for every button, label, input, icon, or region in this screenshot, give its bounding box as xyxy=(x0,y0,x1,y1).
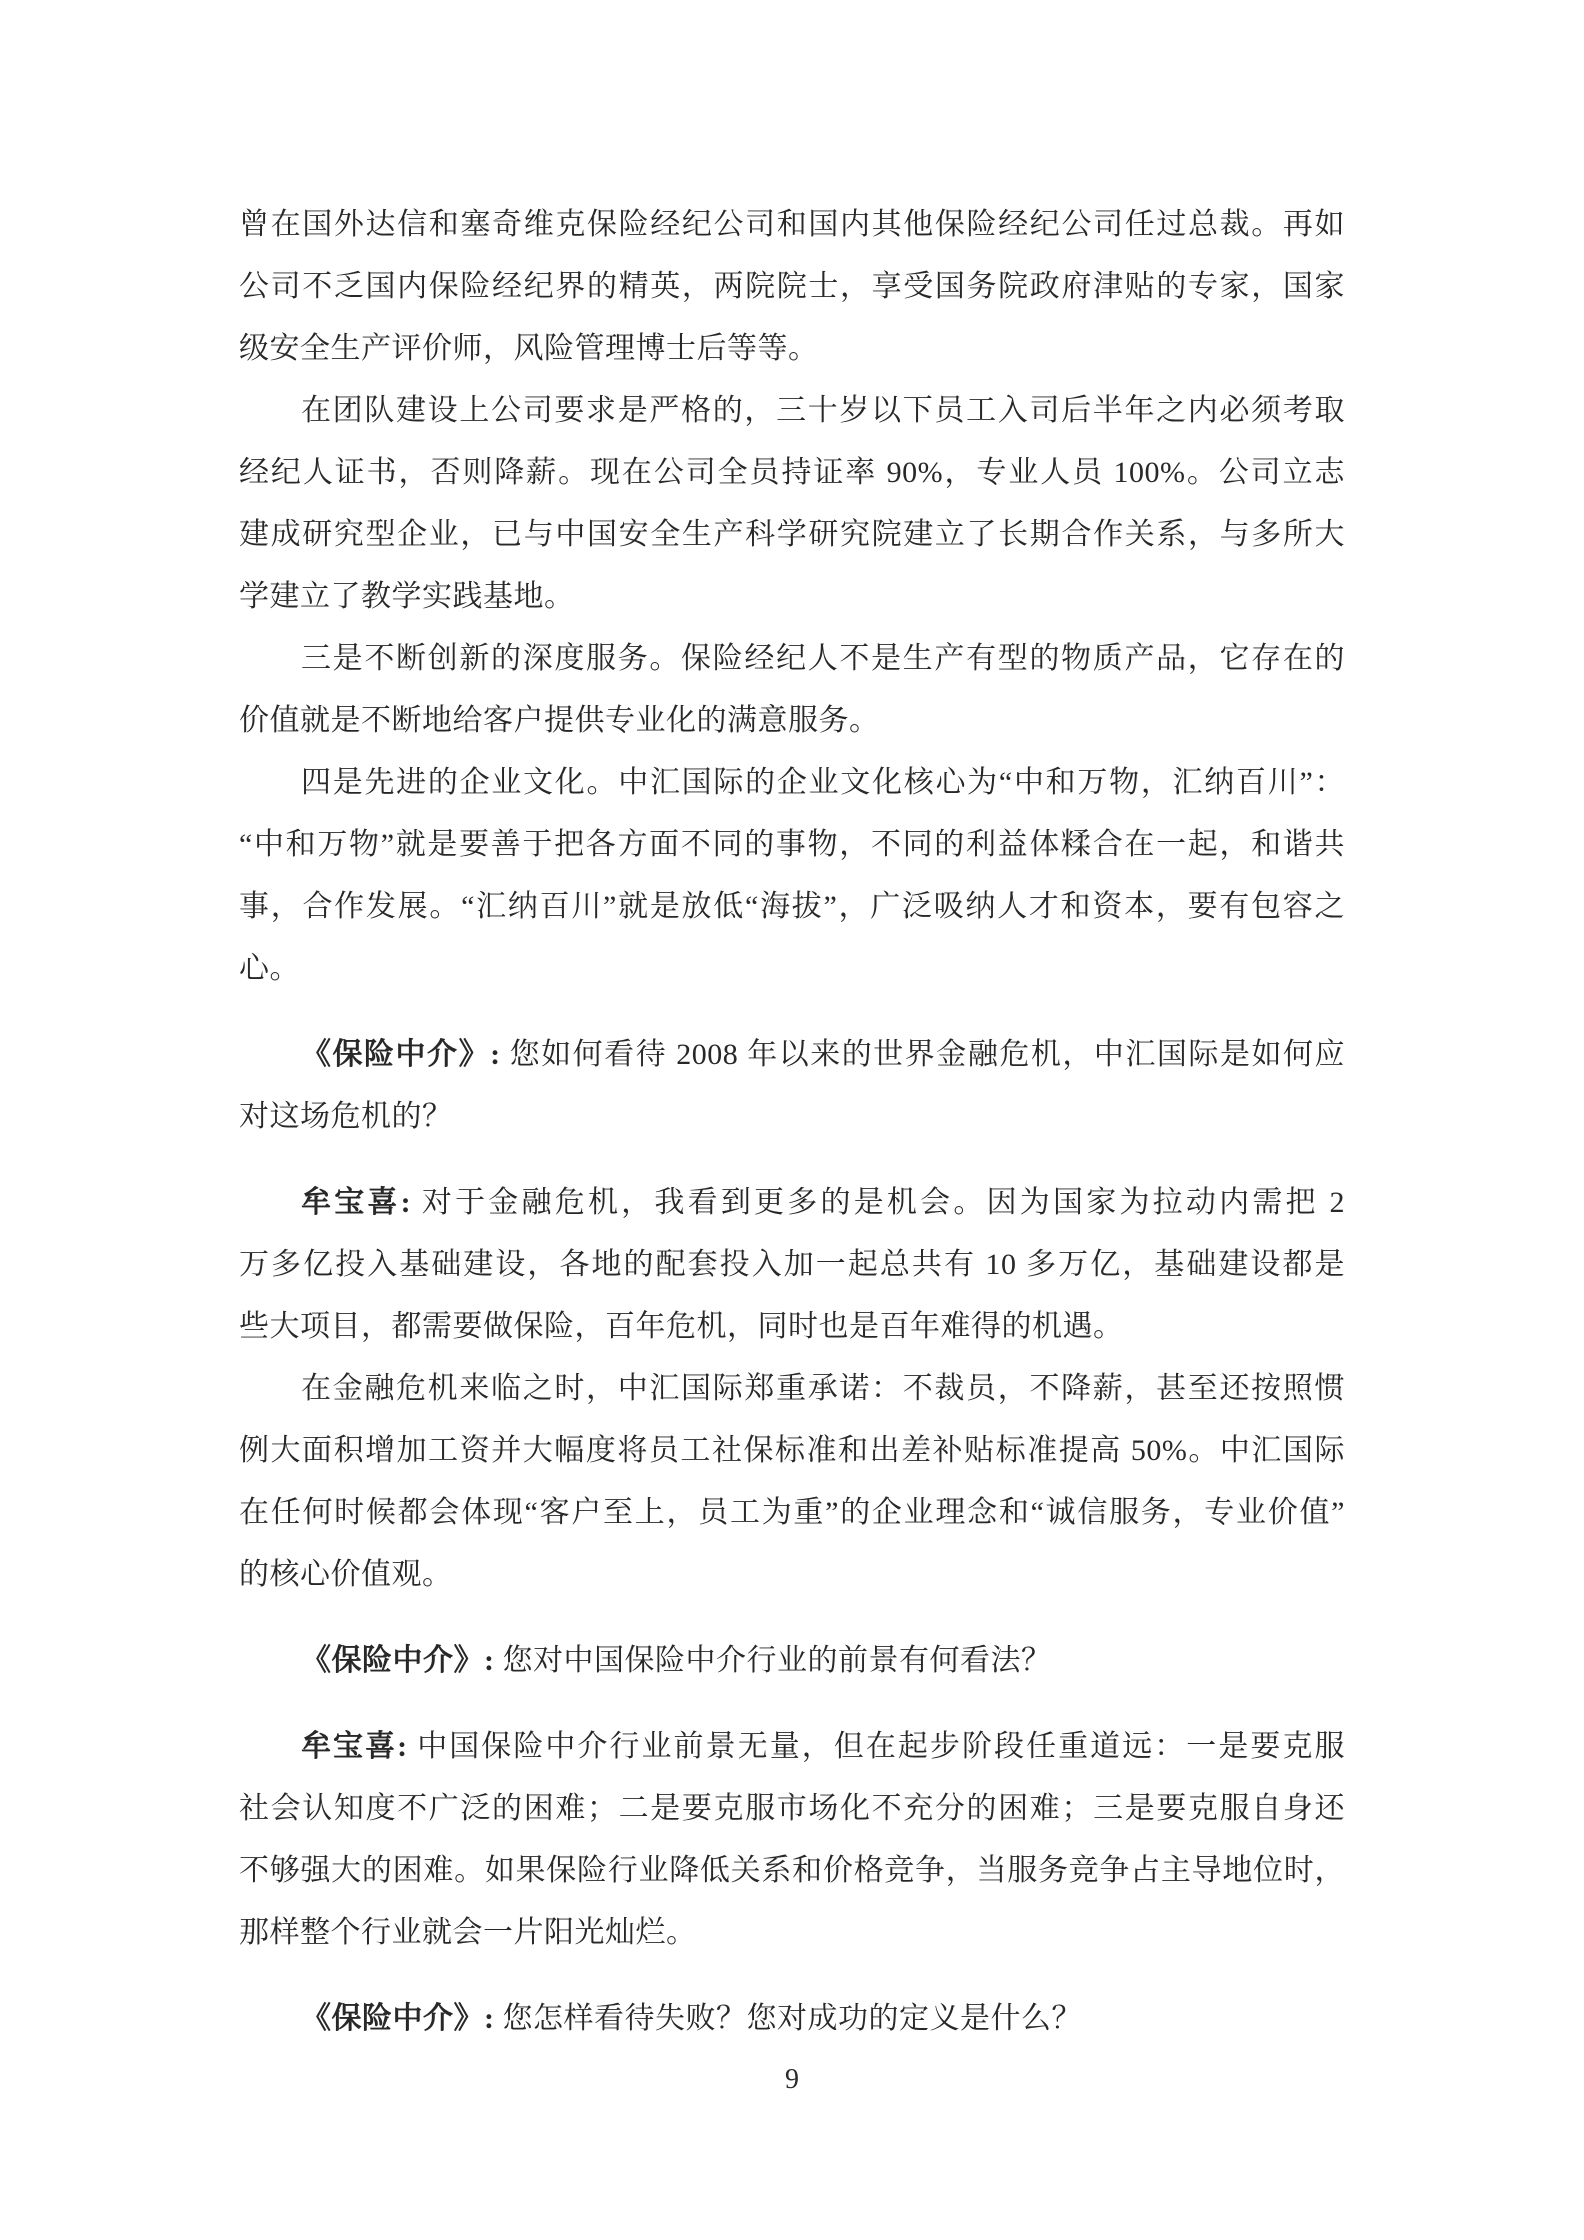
text-line: 些大项目，都需要做保险，百年危机，同时也是百年难得的机遇。 xyxy=(239,1296,1345,1358)
text-line: 曾在国外达信和塞奇维克保险经纪公司和国内其他保险经纪公司任过总裁。再如 xyxy=(239,194,1345,256)
text-run: 中国保险中介行业前景无量，但在起步阶段任重道远：一是要克服 xyxy=(408,1730,1345,1763)
text-run: 在金融危机来临之时，中汇国际郑重承诺：不裁员，不降薪，甚至还按照惯 xyxy=(301,1372,1345,1405)
text-run: 公司不乏国内保险经纪界的精英，两院院士，享受国务院政府津贴的专家，国家 xyxy=(239,270,1345,303)
speaker-label: 牟宝喜: xyxy=(301,1186,411,1219)
para-career-background: 曾在国外达信和塞奇维克保险经纪公司和国内其他保险经纪公司任过总裁。再如公司不乏国… xyxy=(239,194,1345,380)
speaker-label: 牟宝喜: xyxy=(301,1730,408,1763)
text-line: “中和万物”就是要善于把各方面不同的事物，不同的利益体糅合在一起，和谐共 xyxy=(239,814,1345,876)
text-run: 价值就是不断地给客户提供专业化的满意服务。 xyxy=(239,704,880,737)
text-run: 四是先进的企业文化。中汇国际的企业文化核心为“中和万物，汇纳百川”： xyxy=(301,766,1345,799)
text-line: 不够强大的困难。如果保险行业降低关系和价格竞争，当服务竞争占主导地位时， xyxy=(239,1840,1345,1902)
text-run: 心。 xyxy=(239,952,300,985)
text-run: 万多亿投入基础建设，各地的配套投入加一起总共有 10 多万亿，基础建设都是 xyxy=(239,1248,1345,1281)
text-line: 在任何时候都会体现“客户至上，员工为重”的企业理念和“诚信服务，专业价值” xyxy=(239,1482,1345,1544)
text-run: 那样整个行业就会一片阳光灿烂。 xyxy=(239,1916,697,1949)
text-line: 公司不乏国内保险经纪界的精英，两院院士，享受国务院政府津贴的专家，国家 xyxy=(239,256,1345,318)
text-line: 四是先进的企业文化。中汇国际的企业文化核心为“中和万物，汇纳百川”： xyxy=(239,752,1345,814)
para-team-building: 在团队建设上公司要求是严格的，三十岁以下员工入司后半年之内必须考取经纪人证书，否… xyxy=(239,380,1345,628)
text-run: 经纪人证书，否则降薪。现在公司全员持证率 90%，专业人员 100%。公司立志 xyxy=(239,456,1345,489)
text-run: 些大项目，都需要做保险，百年危机，同时也是百年难得的机遇。 xyxy=(239,1310,1124,1343)
text-run: 三是不断创新的深度服务。保险经纪人不是生产有型的物质产品，它存在的 xyxy=(301,642,1345,675)
text-line: 社会认知度不广泛的困难；二是要克服市场化不充分的困难；三是要克服自身还 xyxy=(239,1778,1345,1840)
para-answer-commitment: 在金融危机来临之时，中汇国际郑重承诺：不裁员，不降薪，甚至还按照惯例大面积增加工… xyxy=(239,1358,1345,1606)
text-line: 三是不断创新的深度服务。保险经纪人不是生产有型的物质产品，它存在的 xyxy=(239,628,1345,690)
text-run: 社会认知度不广泛的困难；二是要克服市场化不充分的困难；三是要克服自身还 xyxy=(239,1792,1345,1825)
text-line: 级安全生产评价师，风险管理博士后等等。 xyxy=(239,318,1345,380)
text-line: 事，合作发展。“汇纳百川”就是放低“海拔”，广泛吸纳人才和资本，要有包容之 xyxy=(239,876,1345,938)
text-run: 级安全生产评价师，风险管理博士后等等。 xyxy=(239,332,819,365)
text-run: 的核心价值观。 xyxy=(239,1558,453,1591)
text-run: 在团队建设上公司要求是严格的，三十岁以下员工入司后半年之内必须考取 xyxy=(301,394,1345,427)
text-line: 经纪人证书，否则降薪。现在公司全员持证率 90%，专业人员 100%。公司立志 xyxy=(239,442,1345,504)
para-question-financial-crisis: 《保险中介》: 您如何看待 2008 年以来的世界金融危机，中汇国际是如何应对这… xyxy=(239,1024,1345,1148)
speaker-label: 《保险中介》: xyxy=(301,2002,495,2035)
para-question-failure-success: 《保险中介》: 您怎样看待失败？您对成功的定义是什么？ xyxy=(239,1988,1345,2050)
para-answer-industry-outlook: 牟宝喜: 中国保险中介行业前景无量，但在起步阶段任重道远：一是要克服社会认知度不… xyxy=(239,1716,1345,1964)
text-line: 牟宝喜: 对于金融危机，我看到更多的是机会。因为国家为拉动内需把 2 xyxy=(239,1172,1345,1234)
text-run: 曾在国外达信和塞奇维克保险经纪公司和国内其他保险经纪公司任过总裁。再如 xyxy=(239,208,1345,241)
text-line: 对这场危机的？ xyxy=(239,1086,1345,1148)
text-run: 例大面积增加工资并大幅度将员工社保标准和出差补贴标准提高 50%。中汇国际 xyxy=(239,1434,1345,1467)
text-line: 万多亿投入基础建设，各地的配套投入加一起总共有 10 多万亿，基础建设都是 xyxy=(239,1234,1345,1296)
text-run: 不够强大的困难。如果保险行业降低关系和价格竞争，当服务竞争占主导地位时， xyxy=(239,1854,1345,1887)
text-line: 在金融危机来临之时，中汇国际郑重承诺：不裁员，不降薪，甚至还按照惯 xyxy=(239,1358,1345,1420)
para-question-industry-outlook: 《保险中介》: 您对中国保险中介行业的前景有何看法？ xyxy=(239,1630,1345,1692)
text-line: 价值就是不断地给客户提供专业化的满意服务。 xyxy=(239,690,1345,752)
text-run: 您怎样看待失败？您对成功的定义是什么？ xyxy=(495,2002,1083,2035)
text-run: 对于金融危机，我看到更多的是机会。因为国家为拉动内需把 2 xyxy=(411,1186,1345,1219)
text-line: 《保险中介》: 您怎样看待失败？您对成功的定义是什么？ xyxy=(239,1988,1345,2050)
text-line: 例大面积增加工资并大幅度将员工社保标准和出差补贴标准提高 50%。中汇国际 xyxy=(239,1420,1345,1482)
text-line: 建成研究型企业，已与中国安全生产科学研究院建立了长期合作关系，与多所大 xyxy=(239,504,1345,566)
text-run: 事，合作发展。“汇纳百川”就是放低“海拔”，广泛吸纳人才和资本，要有包容之 xyxy=(239,890,1345,923)
page-footer: 9 xyxy=(0,2062,1584,2098)
speaker-label: 《保险中介》: xyxy=(301,1038,501,1071)
text-line: 《保险中介》: 您对中国保险中介行业的前景有何看法？ xyxy=(239,1630,1345,1692)
text-run: 学建立了教学实践基地。 xyxy=(239,580,575,613)
document-sheet: 曾在国外达信和塞奇维克保险经纪公司和国内其他保险经纪公司任过总裁。再如公司不乏国… xyxy=(0,0,1584,2240)
text-line: 的核心价值观。 xyxy=(239,1544,1345,1606)
para-innovative-service: 三是不断创新的深度服务。保险经纪人不是生产有型的物质产品，它存在的价值就是不断地… xyxy=(239,628,1345,752)
text-line: 《保险中介》: 您如何看待 2008 年以来的世界金融危机，中汇国际是如何应 xyxy=(239,1024,1345,1086)
text-line: 心。 xyxy=(239,938,1345,1000)
text-line: 那样整个行业就会一片阳光灿烂。 xyxy=(239,1902,1345,1964)
page-number: 9 xyxy=(785,2064,799,2095)
para-answer-financial-crisis: 牟宝喜: 对于金融危机，我看到更多的是机会。因为国家为拉动内需把 2万多亿投入基… xyxy=(239,1172,1345,1358)
text-line: 牟宝喜: 中国保险中介行业前景无量，但在起步阶段任重道远：一是要克服 xyxy=(239,1716,1345,1778)
text-block: 曾在国外达信和塞奇维克保险经纪公司和国内其他保险经纪公司任过总裁。再如公司不乏国… xyxy=(239,194,1345,2050)
text-line: 在团队建设上公司要求是严格的，三十岁以下员工入司后半年之内必须考取 xyxy=(239,380,1345,442)
para-corporate-culture: 四是先进的企业文化。中汇国际的企业文化核心为“中和万物，汇纳百川”：“中和万物”… xyxy=(239,752,1345,1000)
text-run: 在任何时候都会体现“客户至上，员工为重”的企业理念和“诚信服务，专业价值” xyxy=(239,1496,1345,1529)
text-run: 您如何看待 2008 年以来的世界金融危机，中汇国际是如何应 xyxy=(501,1038,1345,1071)
text-run: 您对中国保险中介行业的前景有何看法？ xyxy=(495,1644,1052,1677)
text-run: “中和万物”就是要善于把各方面不同的事物，不同的利益体糅合在一起，和谐共 xyxy=(239,828,1345,861)
text-run: 建成研究型企业，已与中国安全生产科学研究院建立了长期合作关系，与多所大 xyxy=(239,518,1345,551)
text-run: 对这场危机的？ xyxy=(239,1100,453,1133)
speaker-label: 《保险中介》: xyxy=(301,1644,495,1677)
text-line: 学建立了教学实践基地。 xyxy=(239,566,1345,628)
